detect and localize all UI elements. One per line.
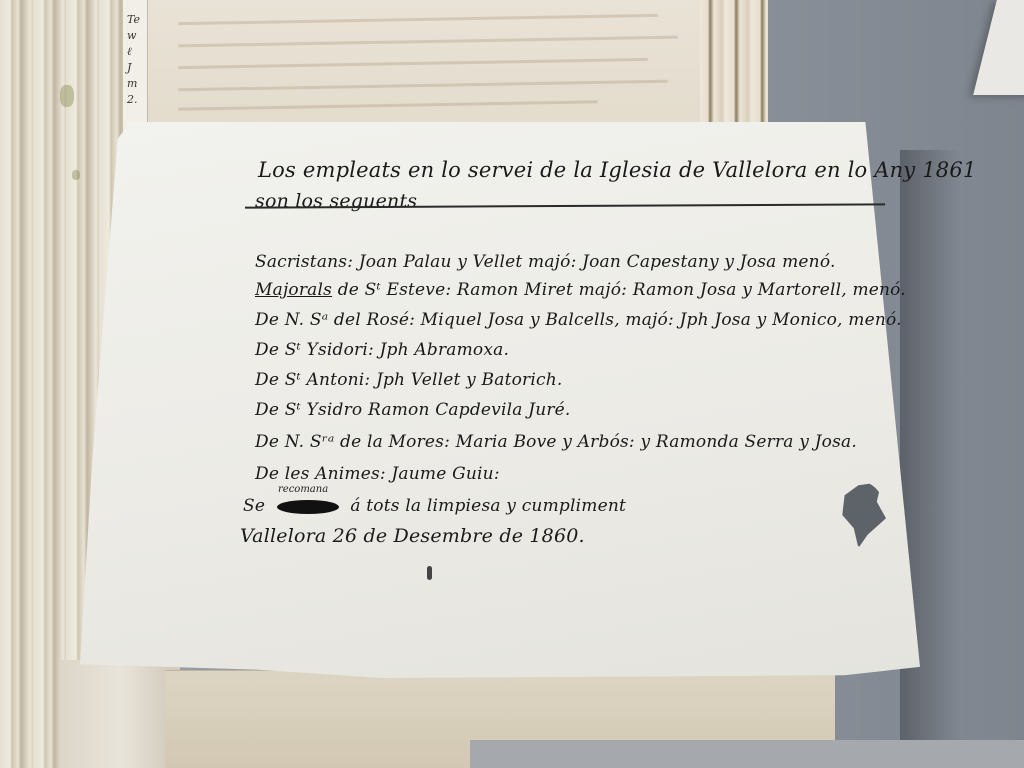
faded-writing bbox=[178, 36, 678, 48]
side-strip-note: Te w ℓ J m 2. bbox=[123, 0, 147, 135]
ink-speck bbox=[427, 566, 432, 580]
ink-blot bbox=[277, 500, 339, 514]
faded-writing bbox=[178, 80, 668, 92]
side-strip-line: m bbox=[127, 76, 147, 92]
faded-writing bbox=[178, 14, 658, 25]
entry-label: Sacristans: bbox=[255, 252, 353, 272]
faded-writing bbox=[178, 58, 648, 69]
entry-st-ysidro: De Sᵗ Ysidro Ramon Capdevila Juré. bbox=[255, 400, 571, 420]
side-strip-line: Te bbox=[127, 12, 147, 28]
entry-mores: De N. Sʳᵃ de la Mores: Maria Bove y Arbó… bbox=[255, 432, 857, 452]
document-heading: Los empleats en lo servei de la Iglesia … bbox=[258, 158, 977, 182]
document-subheading: son los seguents bbox=[255, 190, 417, 212]
faded-writing bbox=[178, 100, 598, 110]
underlying-paper-left bbox=[60, 660, 180, 768]
side-strip-line: w bbox=[127, 28, 147, 44]
entry-text: Joan Palau y Vellet majó: Joan Capestany… bbox=[359, 252, 836, 272]
entry-st-ysidori: De Sᵗ Ysidori: Jph Abramoxa. bbox=[255, 340, 509, 360]
entry-st-antoni: De Sᵗ Antoni: Jph Vellet y Batorich. bbox=[255, 370, 562, 390]
side-strip-line: 2. bbox=[127, 92, 147, 108]
entry-sacristans: Sacristans: Joan Palau y Vellet majó: Jo… bbox=[255, 252, 836, 272]
correction-note: recomana bbox=[278, 484, 328, 495]
entry-animes: De les Animes: Jaume Guiu: bbox=[255, 464, 500, 484]
side-strip-line: J bbox=[127, 60, 147, 76]
signature-date-line: Vallelora 26 de Desembre de 1860. bbox=[240, 525, 585, 547]
closing-recommendation: Se á tots la limpiesa y cumpliment bbox=[243, 496, 626, 516]
table-edge bbox=[470, 740, 1024, 768]
entry-roser: De N. Sᵃ del Rosé: Miquel Josa y Balcell… bbox=[255, 310, 902, 330]
entry-majorals: Majorals de Sᵗ Esteve: Ramon Miret majó:… bbox=[255, 280, 906, 300]
background-letter bbox=[148, 0, 708, 132]
stain bbox=[60, 85, 74, 107]
sheet-shadow bbox=[900, 150, 960, 768]
closing-suffix: á tots la limpiesa y cumpliment bbox=[350, 496, 626, 516]
entry-label: Majorals bbox=[255, 280, 332, 300]
closing-prefix: Se bbox=[243, 496, 265, 516]
side-strip-line: ℓ bbox=[127, 44, 147, 60]
right-paper-bundle bbox=[700, 0, 768, 130]
entry-text: de Sᵗ Esteve: Ramon Miret majó: Ramon Jo… bbox=[338, 280, 906, 300]
stain bbox=[72, 170, 80, 180]
